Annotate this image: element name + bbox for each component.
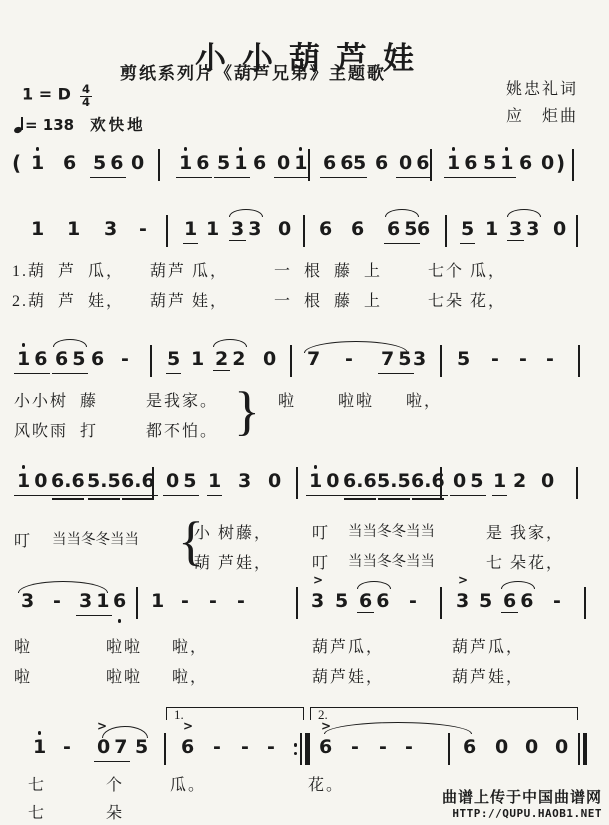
lyric-text: 葫芦 娃， [150,288,228,311]
lyric-text: 啦 [278,388,296,411]
token: 22 [212,348,248,374]
lyric-text: 七 [28,772,46,795]
token: 16 [176,152,212,178]
music-system: (165601651601665606165160) [0,152,609,192]
token: 66 [356,590,392,616]
octave-dot-high [184,147,188,151]
token: 1 [30,152,45,178]
token: 1 [150,590,165,616]
octave-dot-high [299,147,303,151]
token: - [266,736,276,762]
accent-mark: > [183,720,193,732]
token: 6 [252,152,267,178]
note: 6 [108,152,125,175]
token: 51 [480,152,516,178]
lyric-brace: { [178,514,204,568]
note: - [552,590,562,616]
note: 6 [518,152,533,178]
beam-group: 05 [450,470,486,496]
note: 5 [478,590,493,616]
token: 5 [456,348,471,374]
beam-group: 66 [320,152,356,178]
note: - [408,590,418,616]
note: 0 [494,736,509,762]
music-system: 106.65.56.605130106.65.56.605120 [0,470,609,510]
beam-group: 16 [444,152,480,178]
token: 0 [262,348,277,374]
token [445,218,447,247]
token: 05 [450,470,486,496]
lyric-text: 啦 [14,664,32,687]
note: 6 [112,590,127,616]
lyric-text: 叮 [312,550,330,573]
note: 0 [451,470,468,493]
note: 5 [181,470,198,493]
note: 6 [385,218,402,241]
token: 6 [416,218,431,244]
note: 6 [321,152,338,175]
note: 5 [91,152,108,175]
lyric-text: 当当冬冬当当 [52,528,139,549]
repeat-dots [294,743,297,755]
note: 2 [213,348,230,371]
note: 0 [554,736,569,762]
note: - [545,348,555,374]
token [440,590,442,619]
token: 0 [494,736,509,762]
token [136,590,138,619]
note: 0 [540,470,555,496]
beam-group: 31 [76,590,112,616]
token [572,152,574,181]
lyric-text: 叮 [14,528,32,551]
note: - [236,590,246,616]
beam-group: 6.6 [408,470,448,496]
token: - [138,218,148,244]
lyric-text: 风吹雨 打 [14,418,98,441]
lyric-text: 七个 瓜， [428,258,506,281]
token: 1 [30,218,45,244]
note: 3 [237,470,252,496]
token: 1 [32,736,47,762]
note: 6 [414,152,431,175]
lyric-text: 七朵 花， [428,288,506,311]
note: 6 [357,590,374,613]
token: 3 [237,470,252,496]
token [308,152,310,181]
note: 1 [150,590,165,616]
token: - [180,590,190,616]
note: 1 [15,348,32,371]
barline [440,587,442,619]
octave-dot-high [505,147,509,151]
token: 3 [20,590,35,616]
token [296,470,298,499]
note: - [266,736,276,762]
token: 10 [306,470,342,496]
token [576,218,578,247]
note: 7 [112,736,129,759]
token: 31 [76,590,112,616]
barline [584,587,586,619]
beam-group: 33 [506,218,542,244]
token [440,470,442,499]
lyric-text: 葫芦娃， [312,664,384,687]
note: 6 [53,348,70,371]
barline [448,733,450,765]
token [296,590,298,619]
token: 6 [62,152,77,178]
barline [440,345,442,377]
note: 0 [262,348,277,374]
token: 6.6 [408,470,448,496]
lyric-text: 叮 [312,520,330,543]
note: 1 [445,152,462,175]
note: 3 [524,218,541,241]
barline [576,215,578,247]
note: 5 [456,348,471,374]
note: - [180,590,190,616]
note: 3 [229,218,246,241]
token: - [552,590,562,616]
beam-group: 01 [274,152,310,178]
note: 5 [468,470,485,493]
token: 6.6 [48,470,88,496]
note: 3 [20,590,35,616]
beam-group: 51 [480,152,516,178]
beam-group: 65 [384,218,420,244]
final-barline [578,733,587,765]
token: - [490,348,500,374]
accent-mark: > [313,574,323,586]
token: 0 [524,736,539,762]
lyric-text: 都不怕。 [146,418,218,441]
note: 1 [183,218,198,244]
token [303,218,305,247]
token: 01 [274,152,310,178]
note: 0 [130,152,145,178]
note: - [52,590,62,616]
beam-group: 16 [176,152,212,178]
note: - [212,736,222,762]
token [440,348,442,377]
lyric-text: 啦啦 [106,664,142,687]
lyric-text: 当当冬冬当当 [348,520,435,541]
note: 5 [334,590,349,616]
token: 6 [350,218,365,244]
note: 1 [177,152,194,175]
lyric-text: 2.葫 芦 娃， [12,288,124,311]
note: 1 [498,152,515,175]
note: 3 [77,590,94,613]
token: 3 [412,348,427,374]
music-system: 1-07>56>---6>---6000 [0,736,609,776]
token [158,152,160,181]
token: 16 [444,152,480,178]
lyric-text: 1.葫 芦 瓜， [12,258,124,281]
note: 6> [180,736,195,762]
token [164,736,166,765]
octave-dot-high [36,147,40,151]
dot [294,743,297,746]
token: - [545,348,555,374]
note: 1 [30,218,45,244]
note: - [62,736,72,762]
token: 6 [112,590,127,616]
lyric-text: 葫 芦娃， [194,550,272,573]
barline [164,733,166,765]
note: 6 [374,152,389,178]
token: - [518,348,528,374]
note: 6 [462,736,477,762]
lyric-text: 是我家。 [146,388,218,411]
token: 5 [478,590,493,616]
token: 1 [205,218,220,244]
barline [572,149,574,181]
note: 1 [32,736,47,762]
note: 5 [460,218,475,244]
lyric-text: 啦， [172,634,208,657]
barline [166,215,168,247]
token: 5 [134,736,149,762]
token: 66 [500,590,536,616]
token: 1 [190,348,205,374]
token [430,152,432,181]
beam-group: 06 [396,152,432,178]
token: - [52,590,62,616]
note: 1 [492,470,507,496]
token [152,470,154,499]
token [294,736,310,765]
note: 2 [512,470,527,496]
volta-label: 1. [174,708,184,721]
beam-group: 22 [212,348,248,374]
note: 0 [397,152,414,175]
note: 2 [230,348,247,371]
token: - [240,736,250,762]
token: 6 [518,152,533,178]
note: 5 [352,152,367,178]
token: 10 [14,470,50,496]
lyric-text: 七 朵花， [486,550,564,573]
token: 06 [396,152,432,178]
octave-dot-high [22,343,26,347]
token [166,218,168,247]
thin-bar [578,733,580,765]
token: 16 [14,348,50,374]
note: 6 [90,348,105,374]
note: 6 [62,152,77,178]
token: 5 [352,152,367,178]
beam-group: 51 [214,152,250,178]
token [584,590,586,619]
octave-dot-high [22,465,26,469]
token: 5 [334,590,349,616]
barline [576,467,578,499]
note: 6 [416,218,431,244]
note: 1 [232,152,249,175]
barline [578,345,580,377]
note: 0 [275,152,292,175]
token [578,348,580,377]
note: 1 [307,470,324,493]
lyric-text: 瓜。 [170,772,206,795]
music-system: 113-113306665651330 [0,218,609,258]
barline [440,467,442,499]
note: 0 [277,218,292,244]
note: 5 [134,736,149,762]
paren: ( [12,151,21,175]
barline [296,467,298,499]
note: 1 [205,218,220,244]
note: 3 [246,218,263,241]
slur [304,341,408,353]
lyric-text: 啦， [172,664,208,687]
token: ) [556,152,565,174]
note: 5 [166,348,181,374]
token: - [404,736,414,762]
token: 3> [310,590,325,616]
lyric-brace: } [234,384,260,438]
barline [150,345,152,377]
token: - [408,590,418,616]
barline [308,149,310,181]
accent-mark: > [458,574,468,586]
repeat-end-sign [294,733,310,765]
note: 0 [164,470,181,493]
volta-bracket: 1. [166,707,304,720]
token: 6 [374,152,389,178]
barline [158,149,160,181]
note: - [208,590,218,616]
barline [136,587,138,619]
thick-bar [583,733,588,765]
token: 56 [90,152,126,178]
note: 5 [215,152,232,175]
token: 0 [552,218,567,244]
note: - [120,348,130,374]
token: 6 [90,348,105,374]
lyric-text: 当当冬冬当当 [348,550,435,571]
lyric-text: 葫芦娃， [452,664,524,687]
barline [290,345,292,377]
volta-bracket: 2. [310,707,578,720]
beam-group: 05 [163,470,199,496]
lyric-text: 七 [28,800,46,823]
token: 6> [318,736,333,762]
beam-group: 66 [500,590,536,616]
token: 0 [540,470,555,496]
octave-dot-high [239,147,243,151]
beam-group: 16 [14,348,50,374]
token: 65 [52,348,88,374]
token: - [208,590,218,616]
octave-dot-high [314,465,318,469]
score: (165601651601665606165160)113-1133066656… [0,0,609,825]
token: ( [12,152,21,174]
note: 6 [350,218,365,244]
thick-bar [305,733,310,765]
note: 6 [374,590,391,613]
slur [18,581,108,593]
token: 0 [554,736,569,762]
note: 1 [30,152,45,178]
lyric-text: 葫芦瓜， [452,634,524,657]
lyric-text: 小小树 藤 [14,388,98,411]
music-system: 16656-512207-7535--- [0,348,609,388]
sheet-page: 小小葫芦娃 剪纸系列片《葫芦兄弟》主题歌 姚忠礼词 应 炬曲 1 = D44 =… [0,0,609,825]
lyric-text: 花。 [308,772,344,795]
note: 0 [552,218,567,244]
note: 6 [318,218,333,244]
note: 0 [95,736,112,759]
lyric-text: 啦 [14,634,32,657]
token: 51 [214,152,250,178]
note: 6 [501,590,518,613]
octave-dot-high [38,731,42,735]
note: - [350,736,360,762]
lyric-text: 葫芦瓜， [312,634,384,657]
watermark-url: HTTP://QUPU.HAOB1.NET [442,807,602,820]
token: 33 [506,218,542,244]
token: 66 [320,152,356,178]
note: 6.6 [49,470,87,493]
token: - [212,736,222,762]
lyric-text: 小 树藤， [194,520,272,543]
thin-bar [300,733,302,765]
token: 5 [166,348,181,374]
note: - [240,736,250,762]
lyric-text: 葫芦 瓜， [150,258,228,281]
token [576,470,578,499]
note: 0 [524,736,539,762]
token [150,348,152,377]
note: - [378,736,388,762]
token: 1 [207,470,222,496]
note: 6> [318,736,333,762]
note: 1 [207,470,222,496]
beam-group: 33 [228,218,264,244]
lyric-text: 是 我家， [486,520,564,543]
volta-label: 2. [318,708,328,721]
token: 6> [180,736,195,762]
token: 6 [462,736,477,762]
token: 65 [384,218,420,244]
octave-dot-high [452,147,456,151]
token: 07> [94,736,130,762]
token: 33 [228,218,264,244]
token: 2 [512,470,527,496]
beam-group: 65 [52,348,88,374]
lyric-text: 啦啦 [106,634,142,657]
token: - [120,348,130,374]
note: 6 [462,152,479,175]
note: 3 [507,218,524,241]
note: 1 [190,348,205,374]
note: 0 [324,470,341,493]
lyric-text: 一 根 藤 上 [274,288,382,311]
note: 0 [267,470,282,496]
note: 3> [455,590,470,616]
lyric-text: 啦， [406,388,442,411]
beam-group: 10 [14,470,50,496]
note: 0 [32,470,49,493]
note: 5 [481,152,498,175]
note: 1 [15,470,32,493]
paren: ) [556,151,565,175]
token: 1 [66,218,81,244]
lyric-text: 朵 [106,800,124,823]
